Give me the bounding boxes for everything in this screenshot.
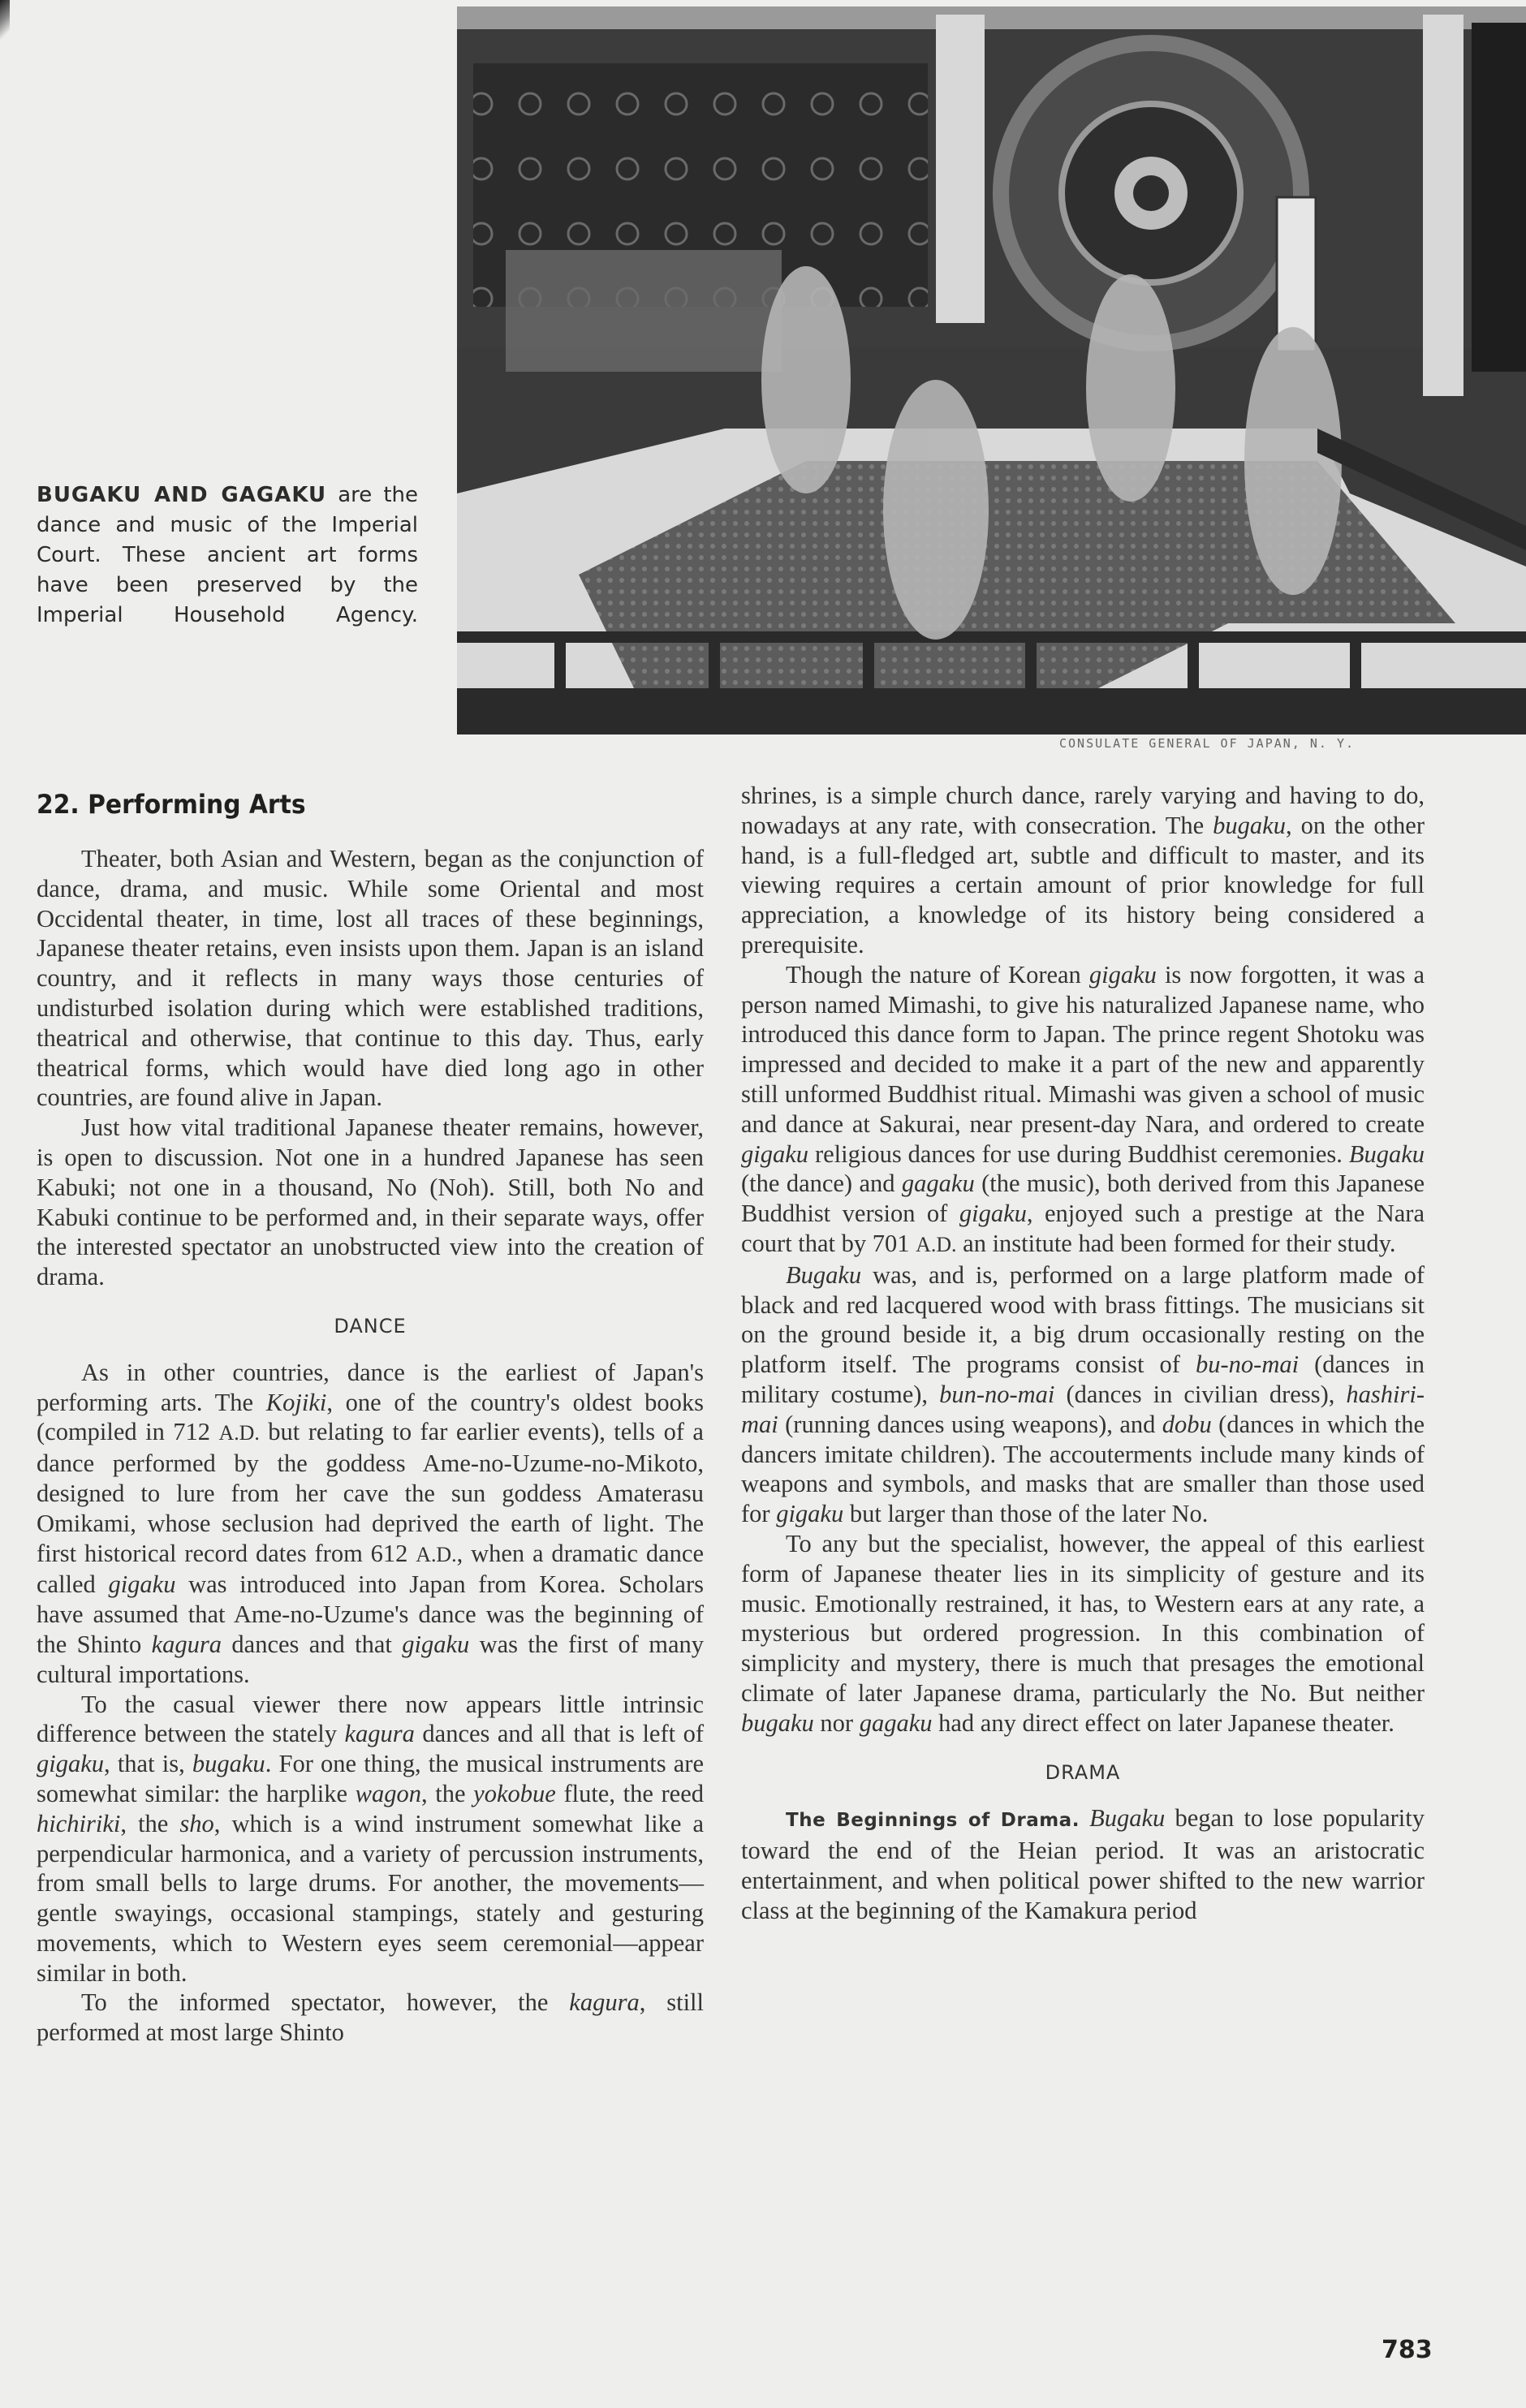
photo-illustration <box>457 6 1526 734</box>
runin-heading: The Beginnings of Drama. <box>786 1810 1080 1831</box>
page-edge-shadow <box>0 0 10 49</box>
paragraph: To the casual viewer there now appears l… <box>37 1690 704 1988</box>
bugaku-photograph <box>457 6 1526 734</box>
left-column: Theater, both Asian and Western, began a… <box>37 844 704 2048</box>
section-heading: 22. Performing Arts <box>37 789 306 820</box>
paragraph: shrines, is a simple church dance, rarel… <box>741 781 1425 960</box>
caption-lead: BUGAKU AND GAGAKU <box>37 483 326 507</box>
paragraph: Theater, both Asian and Western, began a… <box>37 844 704 1113</box>
section-title: Performing Arts <box>88 789 305 820</box>
paragraph: To any but the specialist, however, the … <box>741 1529 1425 1738</box>
page-number: 783 <box>1382 2336 1433 2364</box>
subhead-dance: DANCE <box>37 1312 704 1342</box>
section-number: 22. <box>37 789 80 820</box>
paragraph: Just how vital traditional Japanese thea… <box>37 1113 704 1292</box>
paragraph: Though the nature of Korean gigaku is no… <box>741 960 1425 1260</box>
photo-credit: CONSULATE GENERAL OF JAPAN, N. Y. <box>1059 736 1425 751</box>
paragraph: To the informed spectator, however, the … <box>37 1988 704 2048</box>
paragraph: Bugaku was, and is, performed on a large… <box>741 1260 1425 1529</box>
paragraph: The Beginnings of Drama. Bugaku began to… <box>741 1803 1425 1925</box>
subhead-drama: DRAMA <box>741 1758 1425 1788</box>
paragraph: As in other countries, dance is the earl… <box>37 1358 704 1690</box>
right-column: shrines, is a simple church dance, rarel… <box>741 781 1425 1925</box>
photo-caption: BUGAKU AND GAGAKU are the dance and musi… <box>37 480 418 631</box>
